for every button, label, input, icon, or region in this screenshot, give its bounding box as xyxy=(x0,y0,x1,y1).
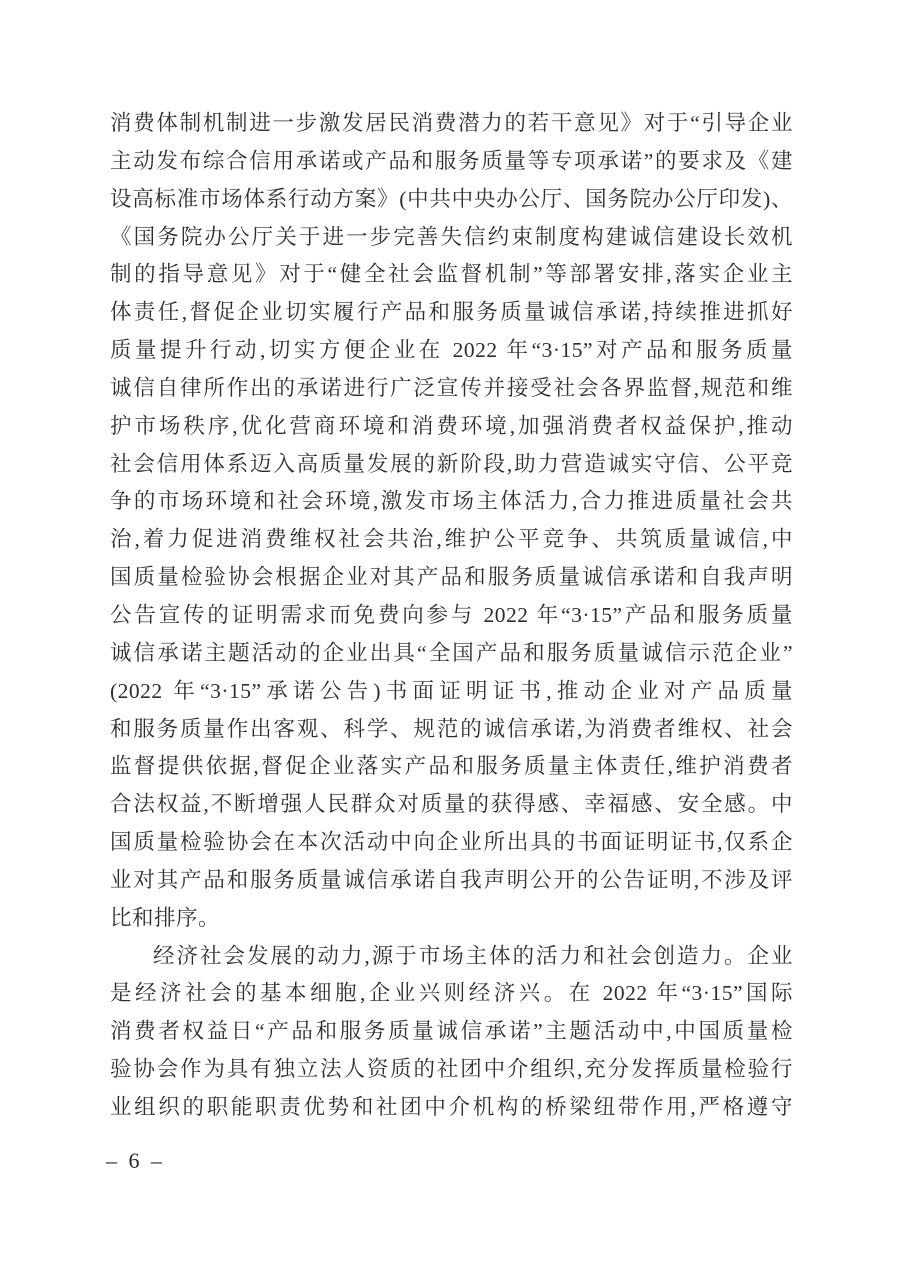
text-line: 业组织的职能职责优势和社团中介机构的桥梁纽带作用,严格遵守 xyxy=(110,1089,793,1127)
text-line: 设高标准市场体系行动方案》(中共中央办公厅、国务院办公厅印发)、 xyxy=(110,181,793,219)
text-line: 和服务质量作出客观、科学、规范的诚信承诺,为消费者维权、社会 xyxy=(110,711,793,749)
text-line: 监督提供依据,督促企业落实产品和服务质量主体责任,维护消费者 xyxy=(110,748,793,786)
text-line: 消费体制机制进一步激发居民消费潜力的若干意见》对于“引导企业 xyxy=(110,105,793,143)
text-line: 体责任,督促企业切实履行产品和服务质量诚信承诺,持续推进抓好 xyxy=(110,294,793,332)
text-line: 护市场秩序,优化营商环境和消费环境,加强消费者权益保护,推动 xyxy=(110,408,793,446)
text-block: 消费体制机制进一步激发居民消费潜力的若干意见》对于“引导企业主动发布综合信用承诺… xyxy=(110,105,793,1127)
text-line: 消费者权益日“产品和服务质量诚信承诺”主题活动中,中国质量检 xyxy=(110,1013,793,1051)
text-line: 验协会作为具有独立法人资质的社团中介组织,充分发挥质量检验行 xyxy=(110,1051,793,1089)
text-line: 诚信承诺主题活动的企业出具“全国产品和服务质量诚信示范企业” xyxy=(110,635,793,673)
text-line: 《国务院办公厅关于进一步完善失信约束制度构建诚信建设长效机 xyxy=(110,219,793,257)
text-line: (2022 年“3·15”承诺公告)书面证明证书,推动企业对产品质量 xyxy=(110,673,793,711)
text-line: 争的市场环境和社会环境,激发市场主体活力,合力推进质量社会共 xyxy=(110,483,793,521)
text-line: 经济社会发展的动力,源于市场主体的活力和社会创造力。企业 xyxy=(110,938,793,976)
text-line: 合法权益,不断增强人民群众对质量的获得感、幸福感、安全感。中 xyxy=(110,786,793,824)
text-line: 公告宣传的证明需求而免费向参与 2022 年“3·15”产品和服务质量 xyxy=(110,597,793,635)
text-line: 国质量检验协会根据企业对其产品和服务质量诚信承诺和自我声明 xyxy=(110,559,793,597)
text-line: 是经济社会的基本细胞,企业兴则经济兴。在 2022 年“3·15”国际 xyxy=(110,975,793,1013)
text-line: 诚信自律所作出的承诺进行广泛宣传并接受社会各界监督,规范和维 xyxy=(110,370,793,408)
text-line: 质量提升行动,切实方便企业在 2022 年“3·15”对产品和服务质量 xyxy=(110,332,793,370)
text-line: 比和排序。 xyxy=(110,900,793,938)
page-number: – 6 – xyxy=(106,1148,165,1174)
text-line: 社会信用体系迈入高质量发展的新阶段,助力营造诚实守信、公平竞 xyxy=(110,446,793,484)
text-line: 主动发布综合信用承诺或产品和服务质量等专项承诺”的要求及《建 xyxy=(110,143,793,181)
document-page: 消费体制机制进一步激发居民消费潜力的若干意见》对于“引导企业主动发布综合信用承诺… xyxy=(0,0,900,1273)
text-line: 业对其产品和服务质量诚信承诺自我声明公开的公告证明,不涉及评 xyxy=(110,862,793,900)
text-line: 国质量检验协会在本次活动中向企业所出具的书面证明证书,仅系企 xyxy=(110,824,793,862)
text-line: 制的指导意见》对于“健全社会监督机制”等部署安排,落实企业主 xyxy=(110,256,793,294)
text-line: 治,着力促进消费维权社会共治,维护公平竞争、共筑质量诚信,中 xyxy=(110,521,793,559)
